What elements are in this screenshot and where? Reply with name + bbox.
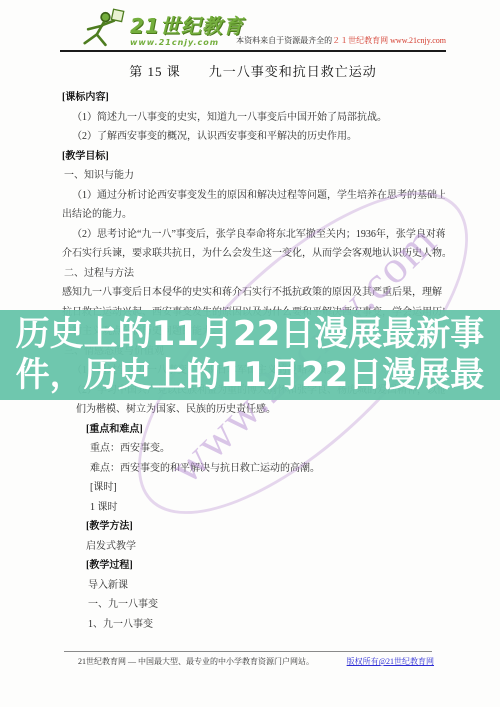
doc-line: [教学目标] xyxy=(62,147,445,167)
doc-line: [重点和难点] xyxy=(62,420,445,440)
banner-line-1: 历史上的11月22日漫展最新事 xyxy=(0,314,500,355)
doc-line: [教学方法] xyxy=(62,517,445,537)
footer-divider xyxy=(64,651,432,652)
doc-line: （2）了解西安事变的概况，认识西安事变和平解决的历史作用。 xyxy=(62,127,445,147)
source-note-prefix: 本资料来自于资源最齐全的 xyxy=(236,36,332,45)
doc-line: 感知九一八事变后日本侵华的史实和蒋介石实行不抵抗政策的原因及其严重后果，理解 xyxy=(62,283,445,303)
doc-line: 1 课时 xyxy=(62,498,445,518)
doc-line: 导入新课 xyxy=(62,576,445,596)
doc-line: 重点：西安事变。 xyxy=(62,439,445,459)
doc-line: 一、九一八事变 xyxy=(62,595,445,615)
doc-line: 难点：西安事变的和平解决与抗日救亡运动的高潮。 xyxy=(62,459,445,479)
page-title: 第 15 课 九一八事变和抗日救亡运动 xyxy=(60,61,446,80)
site-logo[interactable]: 21世纪教育 www.21cnjy.com xyxy=(76,8,244,54)
document-page: 21世纪教育 www.21cnjy.com 本资料来自于资源最齐全的２１世纪教育… xyxy=(0,0,500,707)
doc-line: 介石实行兵谏，要求联共抗日，为什么会发生这一变化，从而学会客观地认识历史人物。 xyxy=(62,244,445,264)
doc-line: 一、知识与能力 xyxy=(62,166,445,186)
doc-line: 1、九一八事变 xyxy=(62,615,445,635)
doc-line: （2）思考讨论“九一八”事变后，张学良奉命将东北军撤至关内；1936年，张学良对… xyxy=(62,225,445,245)
banner-line-2: 件，历史上的11月22日漫展最 xyxy=(0,355,500,396)
doc-line: 出结论的能力。 xyxy=(62,205,445,225)
doc-line: 们为楷模、树立为国家、民族的历史责任感。 xyxy=(62,400,445,420)
doc-line: [教学过程] xyxy=(62,556,445,576)
footer-site-text: 21世纪教育网 — 中国最大型、最专业的中小学教育资源门户网站。 xyxy=(78,656,314,667)
source-note-link[interactable]: ２１世纪教育网 www.21cnjy.com xyxy=(332,36,446,45)
doc-line: [课时] xyxy=(62,478,445,498)
doc-line: 启发式教学 xyxy=(62,537,445,557)
doc-line: [课标内容] xyxy=(62,88,445,108)
footer: 21世纪教育网 — 中国最大型、最专业的中小学教育资源门户网站。 版权所有@21… xyxy=(78,656,434,667)
footer-copyright-link[interactable]: 版权所有@21世纪教育网 xyxy=(347,656,434,667)
doc-line: （1）通过分析讨论西安事变发生的原因和解决过程等问题，学生培养在思考的基础上得 xyxy=(62,186,445,206)
brand-name: 21世纪教育 xyxy=(130,16,244,36)
running-person-icon xyxy=(76,8,128,54)
source-note: 本资料来自于资源最齐全的２１世纪教育网 www.21cnjy.com xyxy=(200,36,446,46)
doc-line: 二、过程与方法 xyxy=(62,264,445,284)
doc-line: （1）简述九一八事变的史实，知道九一八事变后中国开始了局部抗战。 xyxy=(62,108,445,128)
overlay-banner: 历史上的11月22日漫展最新事 件，历史上的11月22日漫展最 xyxy=(0,310,500,400)
